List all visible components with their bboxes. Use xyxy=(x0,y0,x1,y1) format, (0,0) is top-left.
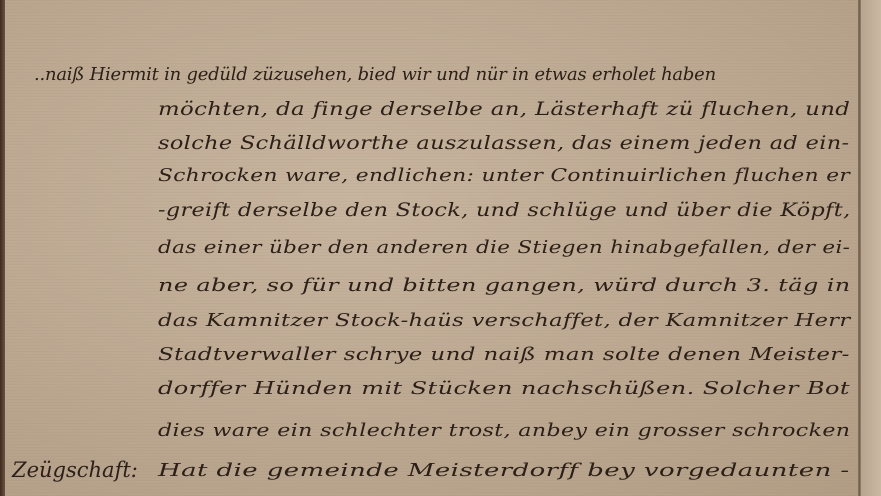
manuscript-page: ..naiß Hiermit in gedüld züzusehen, bied… xyxy=(0,0,881,496)
margin-note: Zeügschaft: xyxy=(12,458,138,482)
manuscript-line-3: solche Schälldworthe auszulassen, das ei… xyxy=(158,132,849,154)
manuscript-line-11: dies ware ein schlechter trost, anbey ei… xyxy=(158,420,850,441)
manuscript-line-1: ..naiß Hiermit in gedüld züzusehen, bied… xyxy=(34,64,850,85)
adjacent-page-strip xyxy=(861,0,881,496)
manuscript-line-4: Schrocken ware, endlichen: unter Continu… xyxy=(158,165,850,186)
manuscript-line-8: das Kamnitzer Stock-haüs verschaffet, de… xyxy=(158,310,851,331)
manuscript-line-7: ne aber, so für und bitten gangen, würd … xyxy=(158,275,851,296)
book-binding-edge xyxy=(0,0,5,496)
manuscript-line-10: dorffer Hünden mit Stücken nachschüßen. … xyxy=(158,378,850,399)
manuscript-line-9: Stadtverwaller schrye und naiß man solte… xyxy=(158,344,850,365)
manuscript-line-2: möchten, da finge derselbe an, Lästerhaf… xyxy=(158,98,850,120)
manuscript-line-5: -greift derselbe den Stock, und schlüge … xyxy=(158,199,851,221)
manuscript-line-6: das einer über den anderen die Stiegen h… xyxy=(158,237,850,258)
manuscript-line-12: Hat die gemeinde Meisterdorff bey vorged… xyxy=(158,460,850,481)
